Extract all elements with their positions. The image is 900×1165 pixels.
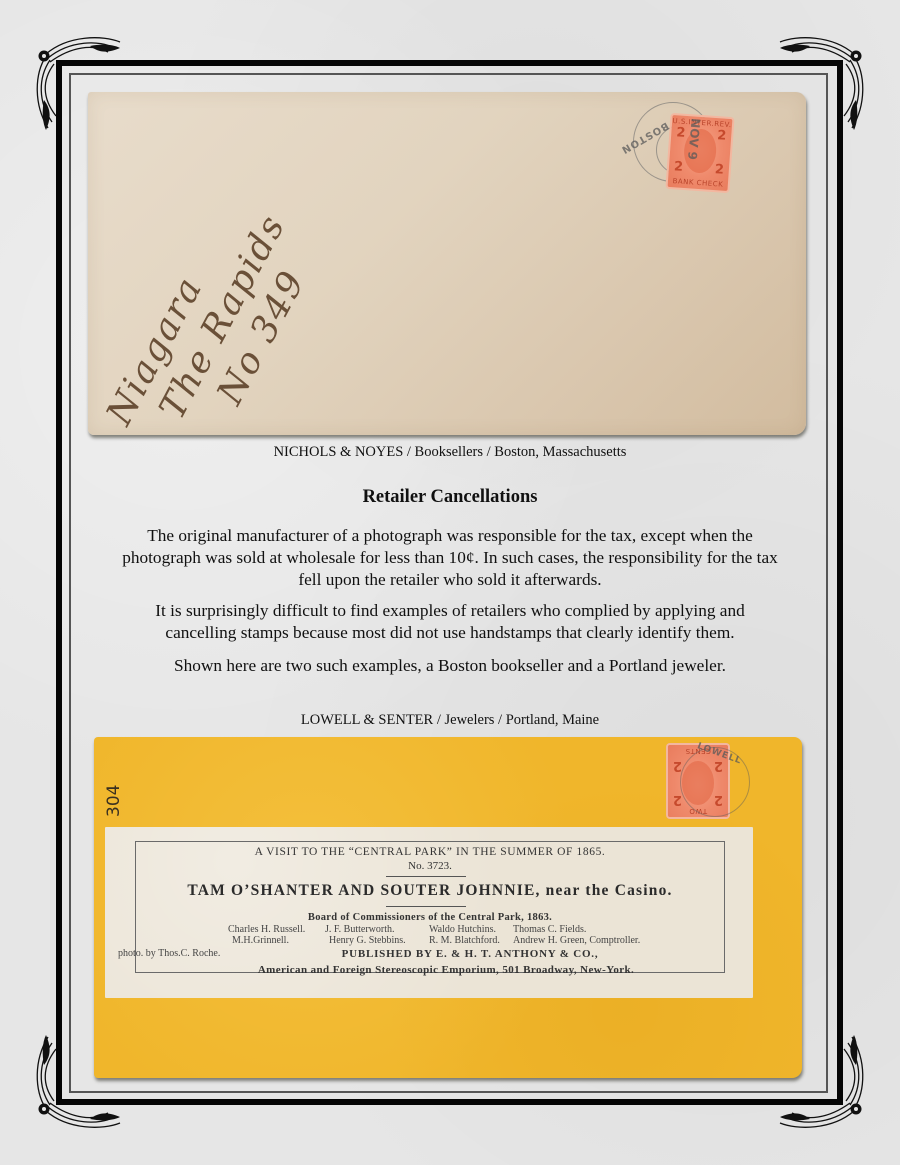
commissioner-name: Andrew H. Green, Comptroller. xyxy=(513,935,640,946)
commissioner-name: Thomas C. Fields. xyxy=(513,924,640,935)
label-border: A VISIT TO THE “CENTRAL PARK” IN THE SUM… xyxy=(135,841,725,973)
stamp-denomination: 2 xyxy=(717,128,727,144)
stamp-bottom-text: BANK CHECK xyxy=(668,177,728,189)
commissioner-name: Henry G. Stebbins. xyxy=(325,935,406,946)
commissioner-column: Thomas C. Fields. Andrew H. Green, Compt… xyxy=(513,924,640,946)
photo-card-lowell-senter: 304 TWO 2 2 2 2 CENTS LOWELL A VISIT TO … xyxy=(94,737,802,1078)
commissioner-name: Charles H. Russell. xyxy=(228,924,305,935)
stereoview-label: A VISIT TO THE “CENTRAL PARK” IN THE SUM… xyxy=(105,827,753,998)
stamp-denomination: 2 xyxy=(673,792,682,807)
caption-lowell-senter: LOWELL & SENTER / Jewelers / Portland, M… xyxy=(0,712,900,729)
emporium-line: American and Foreign Stereoscopic Empori… xyxy=(152,964,740,976)
photo-card-nichols-noyes: Niagara The Rapids No 349 BOSTON U.S.INT… xyxy=(88,92,806,435)
paragraph-tax-responsibility: The original manufacturer of a photograp… xyxy=(120,525,780,591)
commissioner-name: J. F. Butterworth. xyxy=(325,924,406,935)
inventory-number: 304 xyxy=(104,785,124,817)
publisher-line: PUBLISHED BY E. & H. T. ANTHONY & CO., xyxy=(176,948,764,960)
label-visit-line: A VISIT TO THE “CENTRAL PARK” IN THE SUM… xyxy=(136,846,724,858)
stamp-wrapper: TWO 2 2 2 2 CENTS LOWELL xyxy=(662,743,732,823)
stamp-denomination: 2 xyxy=(714,162,724,178)
commissioner-column: Charles H. Russell. M.H.Grinnell. xyxy=(228,924,305,946)
label-board: Board of Commissioners of the Central Pa… xyxy=(136,912,724,923)
stamp-denomination: 2 xyxy=(676,125,686,141)
stamp-denomination: 2 xyxy=(673,159,683,175)
caption-nichols-noyes: NICHOLS & NOYES / Booksellers / Boston, … xyxy=(0,444,900,461)
commissioner-column: J. F. Butterworth. Henry G. Stebbins. xyxy=(325,924,406,946)
paragraph-examples: Shown here are two such examples, a Bost… xyxy=(120,655,780,677)
label-rule xyxy=(386,876,466,877)
handwritten-inscription: Niagara The Rapids No 349 xyxy=(98,186,334,473)
label-number: No. 3723. xyxy=(136,860,724,872)
section-heading: Retailer Cancellations xyxy=(0,487,900,508)
commissioner-name: R. M. Blatchford. xyxy=(429,935,500,946)
label-title: TAM O’SHANTER AND SOUTER JOHNNIE, near t… xyxy=(136,882,724,900)
label-rule xyxy=(386,906,466,907)
commissioner-column: Waldo Hutchins. R. M. Blatchford. xyxy=(429,924,500,946)
commissioner-name: M.H.Grinnell. xyxy=(228,935,305,946)
paragraph-difficulty: It is surprisingly difficult to find exa… xyxy=(120,600,780,644)
commissioner-name: Waldo Hutchins. xyxy=(429,924,500,935)
